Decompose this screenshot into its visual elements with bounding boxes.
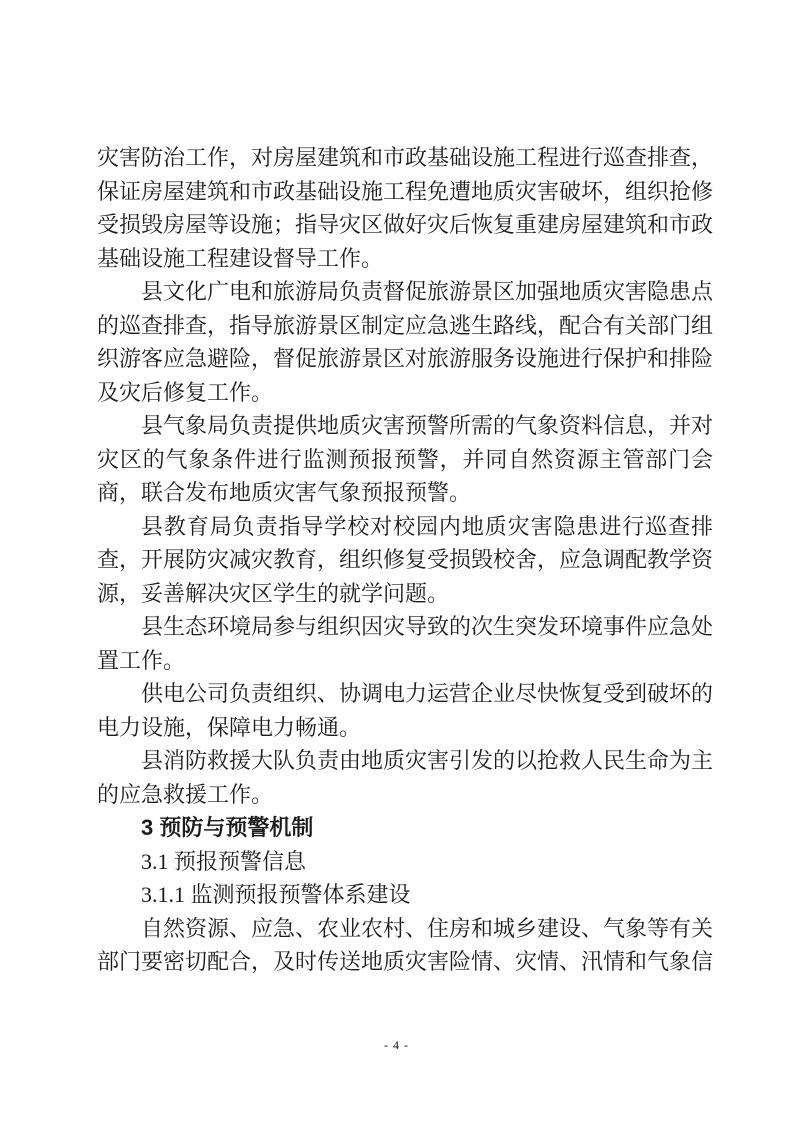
page-number: - 4 - <box>0 1038 793 1053</box>
paragraph-monitoring-warning-system: 自然资源、应急、农业农村、住房和城乡建设、气象等有关部门要密切配合，及时传送地质… <box>97 912 713 979</box>
heading-section-3-1: 3.1 预报预警信息 <box>97 845 713 879</box>
document-page: 灾害防治工作，对房屋建筑和市政基础设施工程进行巡查排查，保证房屋建筑和市政基础设… <box>0 0 793 1122</box>
heading-section-3-1-1: 3.1.1 监测预报预警体系建设 <box>97 878 713 912</box>
paragraph-education-bureau: 县教育局负责指导学校对校园内地质灾害隐患进行巡查排查，开展防灾减灾教育，组织修复… <box>97 510 713 611</box>
paragraph-fire-rescue-brigade: 县消防救援大队负责由地质灾害引发的以抢救人民生命为主的应急救援工作。 <box>97 744 713 811</box>
document-body: 灾害防治工作，对房屋建筑和市政基础设施工程进行巡查排查，保证房屋建筑和市政基础设… <box>97 141 713 979</box>
paragraph-meteorological-bureau: 县气象局负责提供地质灾害预警所需的气象资料信息，并对灾区的气象条件进行监测预报预… <box>97 409 713 510</box>
paragraph-power-supply-company: 供电公司负责组织、协调电力运营企业尽快恢复受到破坏的电力设施，保障电力畅通。 <box>97 677 713 744</box>
paragraph-culture-tourism-bureau: 县文化广电和旅游局负责督促旅游景区加强地质灾害隐患点的巡查排查，指导旅游景区制定… <box>97 275 713 409</box>
heading-section-3: 3 预防与预警机制 <box>97 811 713 845</box>
paragraph-disaster-prevention-continuation: 灾害防治工作，对房屋建筑和市政基础设施工程进行巡查排查，保证房屋建筑和市政基础设… <box>97 141 713 275</box>
paragraph-ecology-environment-bureau: 县生态环境局参与组织因灾导致的次生突发环境事件应急处置工作。 <box>97 610 713 677</box>
